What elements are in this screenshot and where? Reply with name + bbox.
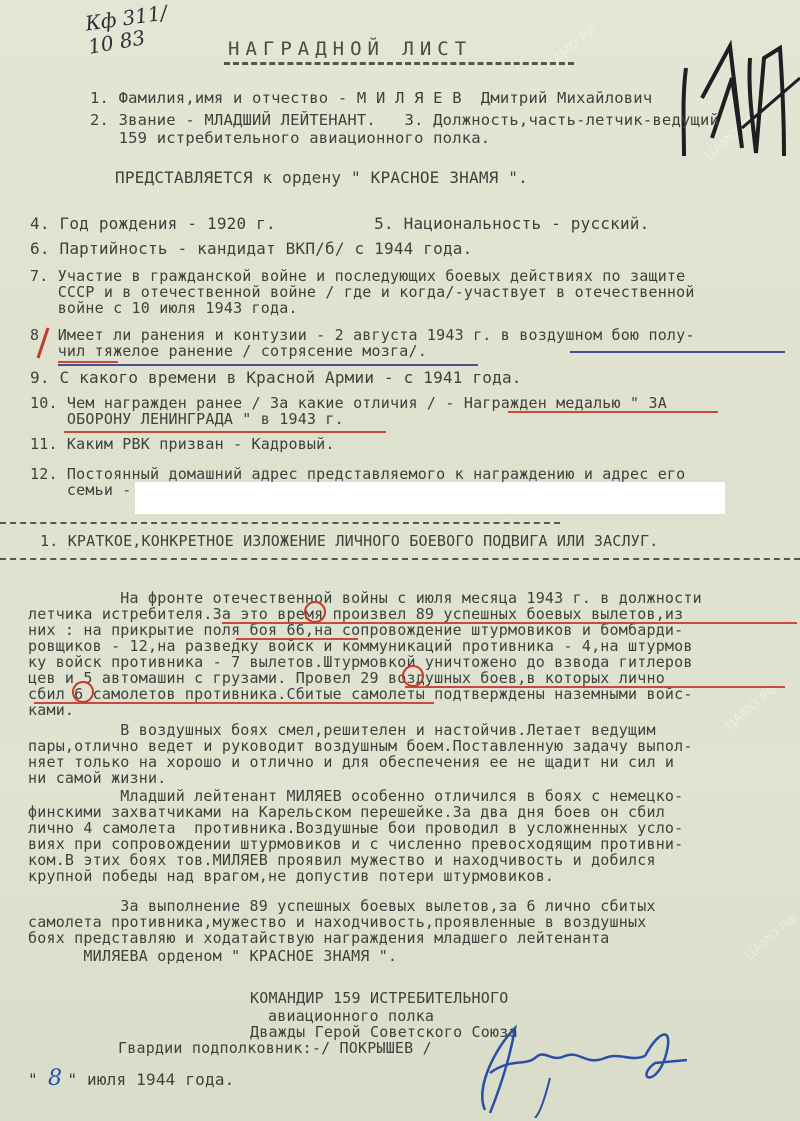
field-address-2: семьи - — [30, 482, 132, 498]
text-line: ком.В этих боях тов.МИЛЯЕВ проявил мужес… — [28, 852, 656, 868]
text-line: сбил 6 самолетов противника.Сбитые самол… — [28, 686, 693, 702]
field-wounds-1: 8. Имеет ли ранения и контузии - 2 авгус… — [30, 327, 695, 343]
red-underline — [405, 686, 785, 688]
field-birth-nationality: 4. Год рождения - 1920 г. 5. Национально… — [30, 216, 649, 232]
watermark: ЦАМО РФ — [543, 21, 601, 73]
field-wounds-2: чил тяжелое ранение / сотрясение мозга/. — [30, 343, 427, 359]
field-party: 6. Партийность - кандидат ВКП/б/ с 1944 … — [30, 241, 472, 257]
text-line: ку войск противника - 7 вылетов.Штурмовк… — [28, 654, 693, 670]
text-line: За выполнение 89 успешных боевых вылетов… — [28, 898, 656, 914]
text-line: лично 4 самолета противника.Воздушные бо… — [28, 820, 683, 836]
field-previous-awards-2: ОБОРОНУ ЛЕНИНГРАДА " в 1943 г. — [30, 411, 344, 427]
text-line: летчика истребителя.За это время произве… — [28, 606, 683, 622]
red-circle-mark — [400, 664, 426, 688]
field-rank-position: 2. Звание - МЛАДШИЙ ЛЕЙТЕНАНТ. 3. Должно… — [90, 112, 719, 128]
text-line: Младший лейтенант МИЛЯЕВ особенно отличи… — [28, 788, 683, 804]
signature — [455, 1018, 695, 1118]
award-sheet-page: ЦАМО РФ ЦАМО РФ ЦАМО РФ ЦАМО РФ Кф 311/ … — [0, 0, 800, 1121]
signatory-title: КОМАНДИР 159 ИСТРЕБИТЕЛЬНОГО — [250, 990, 508, 1006]
red-underline — [236, 638, 358, 640]
date-day: 8 — [48, 1066, 62, 1091]
blue-underline — [570, 351, 785, 353]
red-check-mark — [34, 326, 54, 360]
red-underline — [64, 431, 386, 433]
field-full-name: 1. Фамилия,имя и отчество - М И Л Я Е В … — [90, 90, 652, 106]
nomination-line: ПРЕДСТАВЛЯЕТСЯ к ордену " КРАСНОЕ ЗНАМЯ … — [115, 170, 528, 186]
field-participation-3: войне с 10 июля 1943 года. — [30, 300, 298, 316]
red-circle-mark — [70, 680, 96, 704]
title-underline — [224, 62, 574, 65]
blue-underline — [58, 364, 478, 366]
red-circle-mark — [302, 600, 328, 624]
text-line: няет только на хорошо и отлично и для об… — [28, 754, 674, 770]
text-line: боях представляю и ходатайствую награжде… — [28, 930, 610, 946]
text-line: ни самой жизни. — [28, 770, 166, 786]
red-underline — [58, 361, 118, 363]
signatory-unit: авиационного полка — [268, 1008, 434, 1024]
redacted-address — [135, 482, 725, 514]
text-line: финскими захватчиками на Карельском пере… — [28, 804, 665, 820]
field-unit: 159 истребительного авиационного полка. — [90, 130, 490, 146]
red-underline — [508, 411, 718, 413]
signatory-name: Гвардии подполковник:-/ ПОКРЫШЕВ / — [118, 1040, 432, 1056]
watermark: ЦАМО РФ — [743, 911, 800, 963]
field-draft-office: 11. Каким РВК призван - Кадровый. — [30, 436, 335, 452]
text-line: цев и 5 автомашин с грузами. Провел 29 в… — [28, 670, 665, 686]
separator — [0, 522, 560, 524]
text-line: ровщиков - 12,на разведку войск и коммун… — [28, 638, 693, 654]
text-line: На фронте отечественной войны с июля мес… — [28, 590, 702, 606]
text-line: ками. — [28, 702, 74, 718]
watermark: ЦАМО РФ — [723, 681, 781, 733]
field-address-1: 12. Постоянный домашний адрес представля… — [30, 466, 685, 482]
text-line: пары,отлично ведет и руководит воздушным… — [28, 738, 693, 754]
section-heading: 1. КРАТКОЕ,КОНКРЕТНОЕ ИЗЛОЖЕНИЕ ЛИЧНОГО … — [40, 533, 658, 549]
text-line: крупной победы над врагом,не допустив по… — [28, 868, 554, 884]
field-participation-1: 7. Участие в гражданской войне и последу… — [30, 268, 685, 284]
document-title: НАГРАДНОЙ ЛИСТ — [228, 38, 472, 60]
handwritten-resolution-mark — [672, 38, 800, 158]
text-line: В воздушных боях смел,решителен и настой… — [28, 722, 656, 738]
text-line: МИЛЯЕВА орденом " КРАСНОЕ ЗНАМЯ ". — [28, 948, 397, 964]
field-previous-awards-1: 10. Чем награжден ранее / За какие отлич… — [30, 395, 667, 411]
text-line: виях при сопровождении штурмовиков и с ч… — [28, 836, 683, 852]
field-army-since: 9. С какого времени в Красной Армии - с … — [30, 370, 522, 386]
field-participation-2: СССР и в отечественной войне / где и ког… — [30, 284, 695, 300]
separator — [0, 558, 800, 560]
text-line: самолета противника,мужество и находчиво… — [28, 914, 646, 930]
text-line: них : на прикрытие поля боя 66,на сопров… — [28, 622, 683, 638]
